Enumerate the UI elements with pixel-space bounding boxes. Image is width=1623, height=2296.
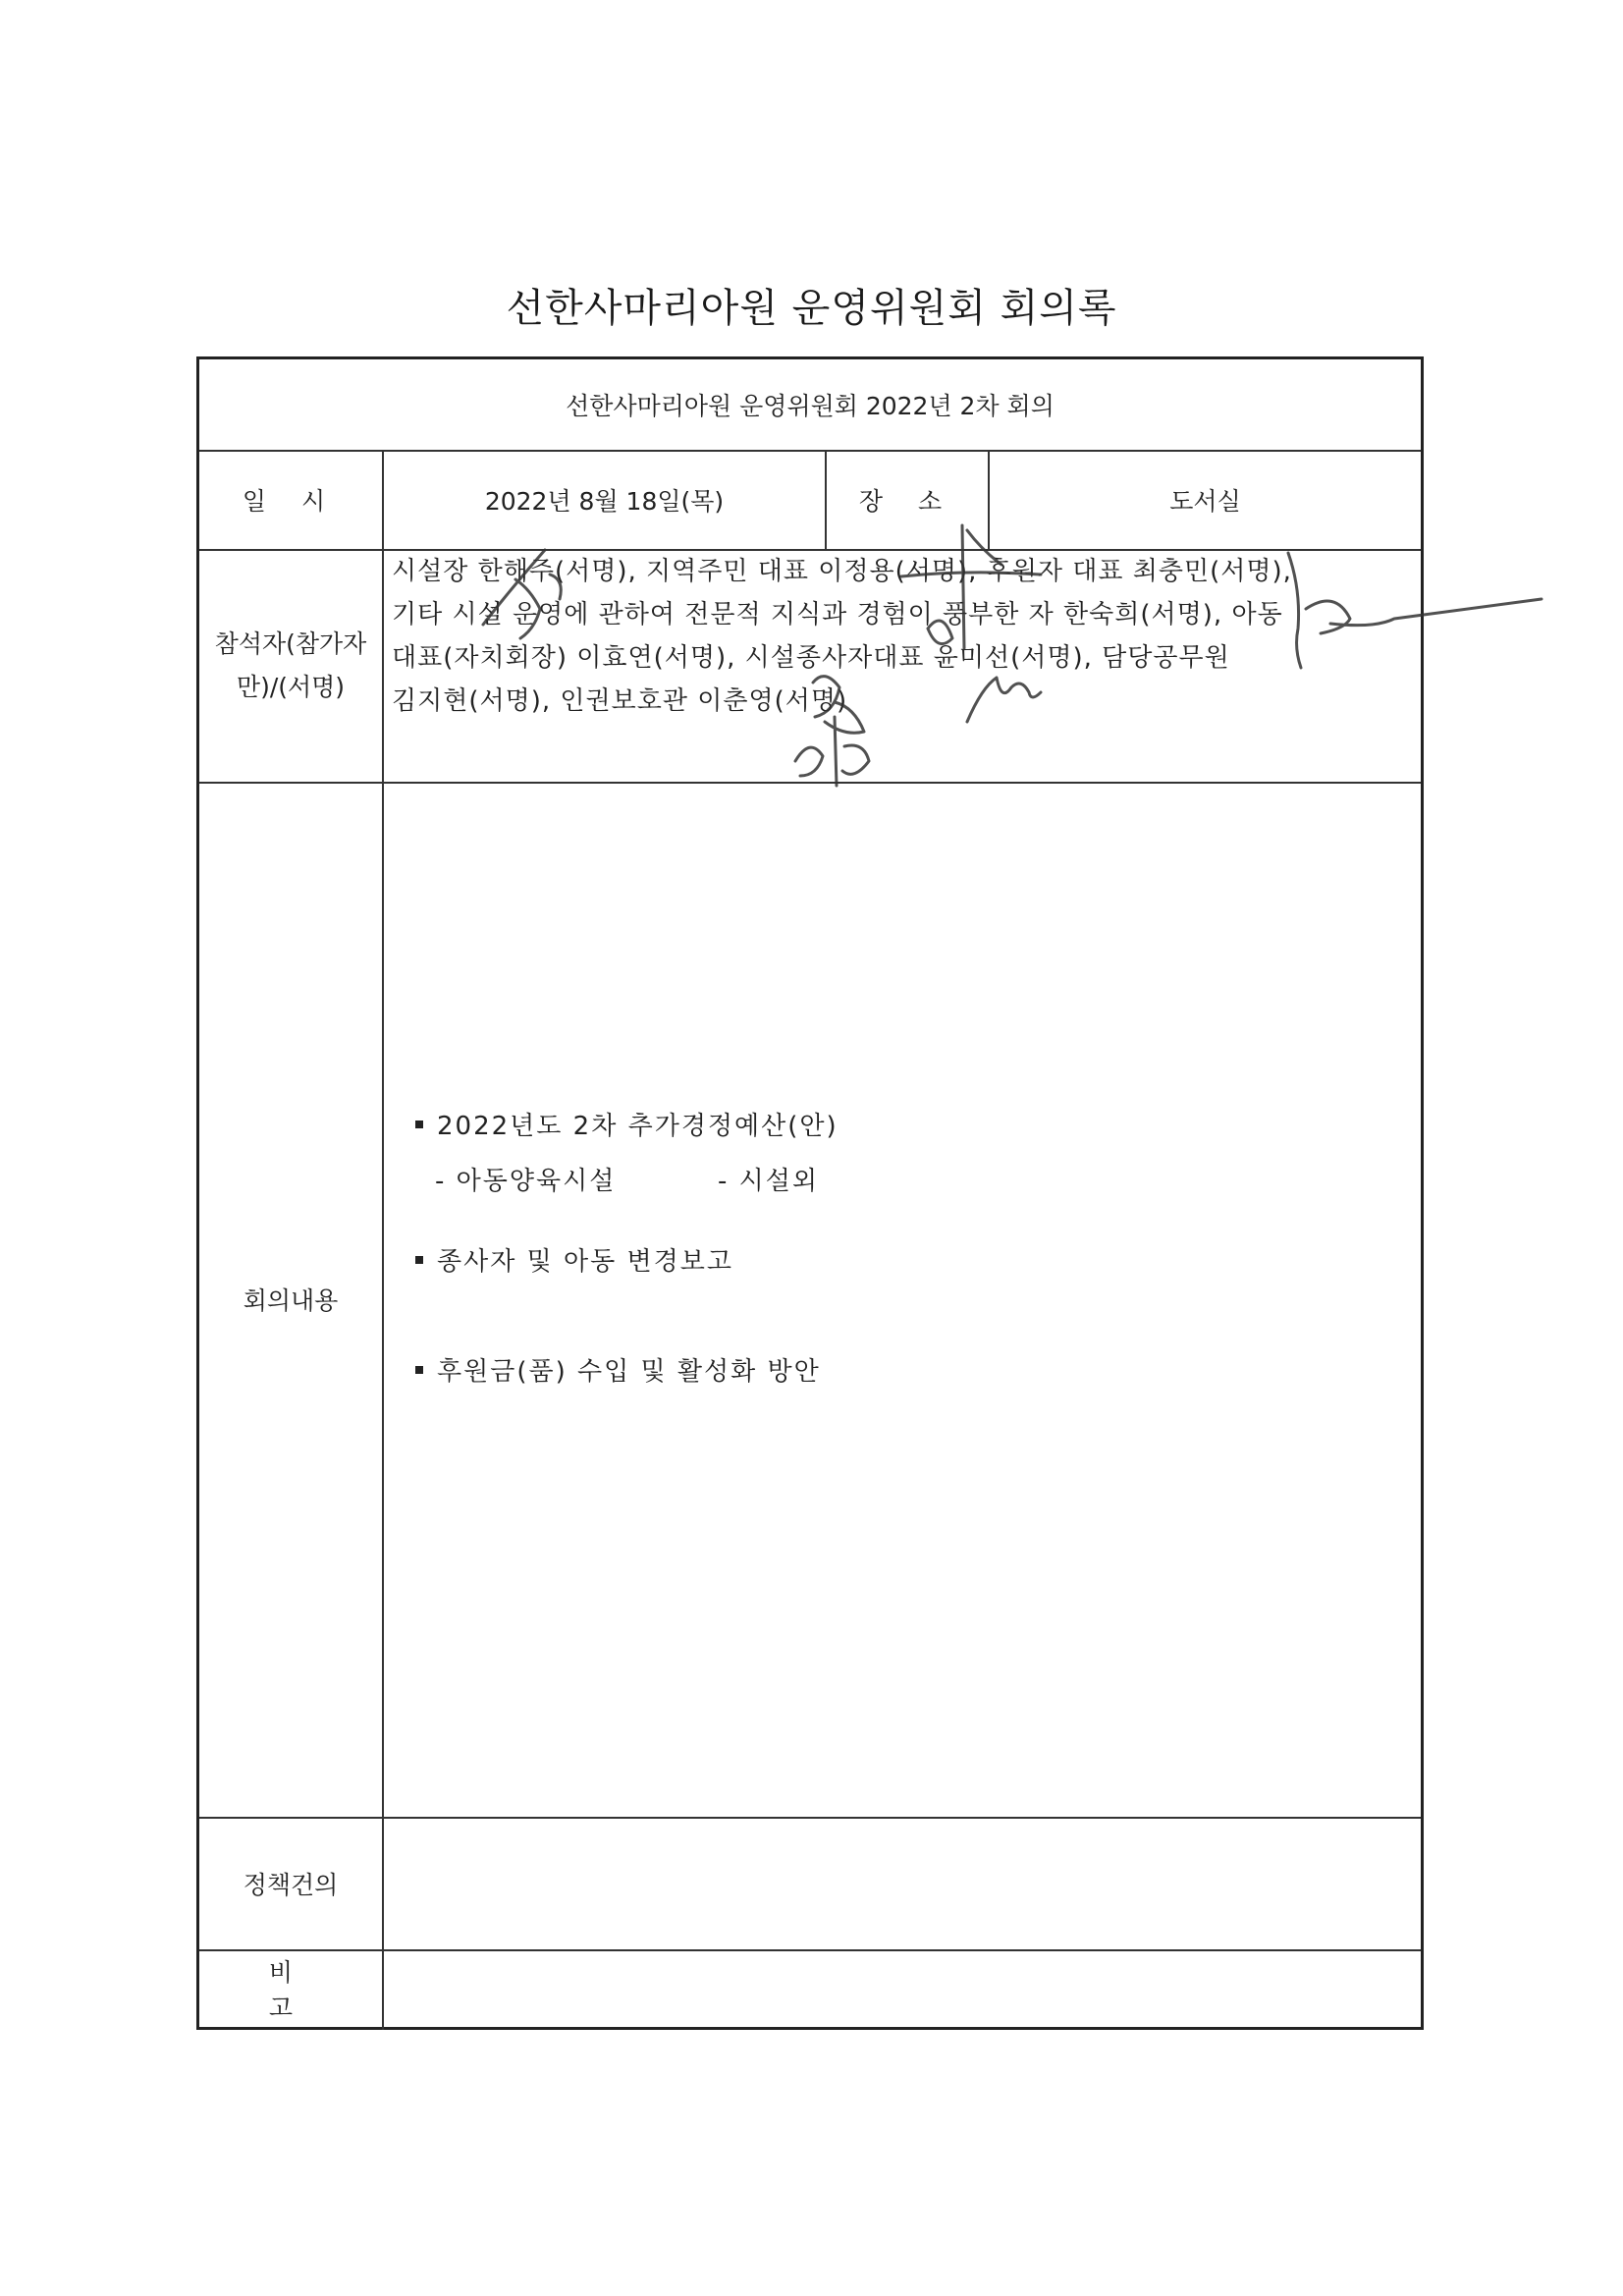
attendees-list: 시설장 한해주(서명), 지역주민 대표 이정용(서명), 후원자 대표 최충민…: [392, 550, 1413, 723]
policy-value: [384, 1817, 1421, 1949]
agenda-item-text: 2022년도 2차 추가경정예산(안): [437, 1112, 839, 1141]
attendees-label-line1: 참석자(참가자: [215, 623, 367, 666]
attendees-line: 시설장 한해주(서명), 지역주민 대표 이정용(서명), 후원자 대표 최충민…: [392, 550, 1413, 593]
agenda-item: 2022년도 2차 추가경정예산(안): [415, 1106, 839, 1142]
agenda-item-text: 후원금(품) 수입 및 활성화 방안: [437, 1357, 821, 1387]
bullet-icon: [415, 1256, 423, 1264]
label-column-divider: [382, 450, 384, 2030]
date-label: 일 시: [199, 450, 382, 549]
notes-label: 비 고: [199, 1949, 382, 2027]
agenda-subitem: - 시설외: [718, 1161, 819, 1197]
document-title: 선한사마리아원 운영위원회 회의록: [0, 277, 1623, 333]
agenda-item-text: 종사자 및 아동 변경보고: [437, 1247, 733, 1277]
attendees-line: 대표(자치회장) 이효연(서명), 시설종사자대표 윤미선(서명), 담당공무원: [392, 636, 1413, 680]
agenda-item: 후원금(품) 수입 및 활성화 방안: [415, 1351, 821, 1388]
policy-label: 정책건의: [199, 1817, 382, 1949]
bullet-icon: [415, 1121, 423, 1128]
date-value: 2022년 8월 18일(목): [384, 450, 825, 549]
agenda-item: 종사자 및 아동 변경보고: [415, 1241, 733, 1278]
agenda-subitem: - 아동양육시설: [435, 1161, 616, 1197]
notes-value: [384, 1949, 1421, 2027]
content-label: 회의내용: [199, 782, 382, 1817]
attendees-label-line2: 만)/(서명): [237, 666, 345, 709]
bullet-icon: [415, 1366, 423, 1374]
meeting-heading: 선한사마리아원 운영위원회 2022년 2차 회의: [199, 359, 1421, 450]
minutes-table: 선한사마리아원 운영위원회 2022년 2차 회의 일 시 2022년 8월 1…: [196, 356, 1424, 2030]
place-value: 도서실: [990, 450, 1421, 549]
attendees-label: 참석자(참가자 만)/(서명): [199, 549, 382, 782]
place-label: 장 소: [827, 450, 988, 549]
attendees-line: 기타 시설 운영에 관하여 전문적 지식과 경험이 풍부한 자 한숙희(서명),…: [392, 593, 1413, 636]
attendees-line: 김지현(서명), 인권보호관 이춘영(서명): [392, 680, 1413, 723]
